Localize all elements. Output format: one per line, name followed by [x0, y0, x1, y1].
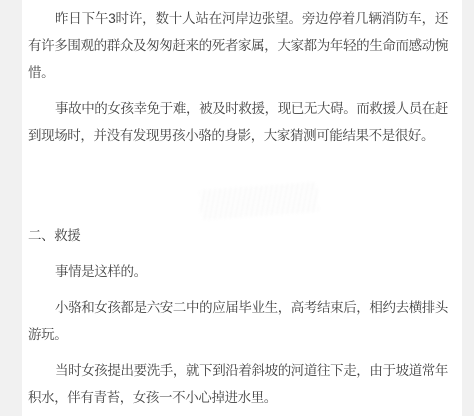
- paragraph-incident: 当时女孩提出要洗手，就下到沿着斜坡的河道往下走，由于坡道常年积水，伴有青苔，女孩…: [28, 357, 448, 411]
- article-content: 昨日下午3时许，数十人站在河岸边张望。旁边停着几辆消防车，还有许多围观的群众及匆…: [22, 0, 462, 416]
- paragraph-intro: 事情是这样的。: [28, 258, 448, 285]
- paragraph-scene: 昨日下午3时许，数十人站在河岸边张望。旁边停着几辆消防车，还有许多围观的群众及匆…: [28, 5, 448, 86]
- section-heading-rescue: 二、救援: [28, 222, 448, 249]
- paragraph-background: 小骆和女孩都是六安二中的应届毕业生，高考结束后，相约去横排头游玩。: [28, 294, 448, 348]
- image-gap: [28, 158, 448, 222]
- paragraph-rescue-status: 事故中的女孩幸免于难，被及时救援，现已无大碍。而救援人员在赶到现场时，并没有发现…: [28, 95, 448, 149]
- article-viewport: { "page": { "background_color": "#f1f1f1…: [0, 0, 474, 416]
- faint-watermark: [199, 182, 319, 220]
